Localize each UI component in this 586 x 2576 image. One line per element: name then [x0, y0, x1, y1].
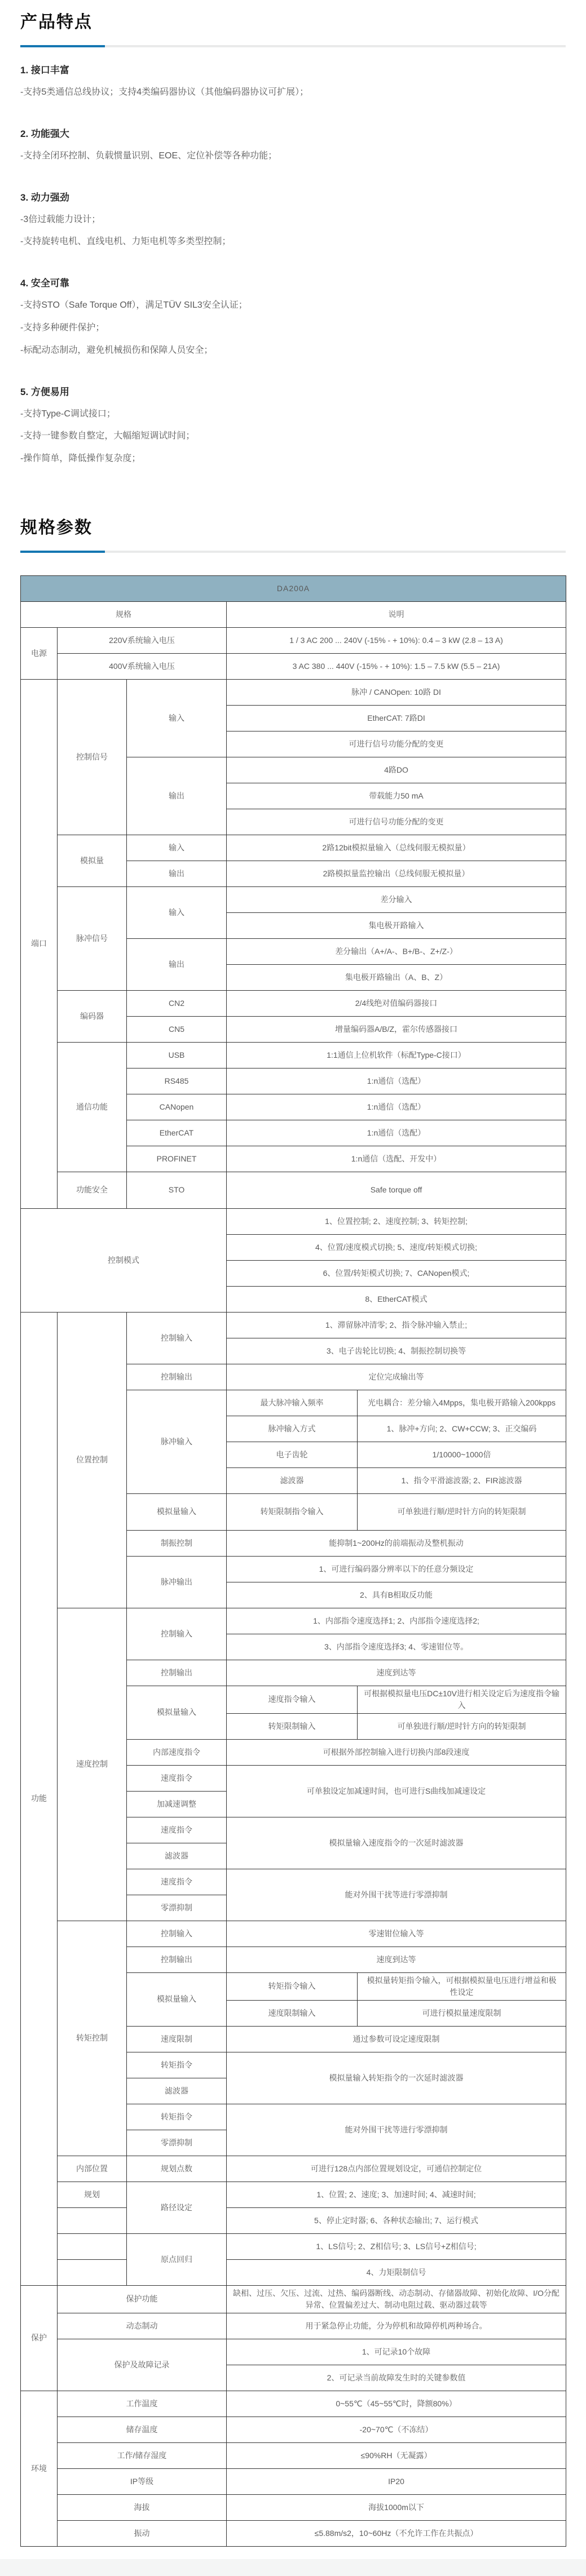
table-cell: 脉冲输入	[127, 1390, 227, 1493]
table-cell: 输入	[127, 679, 227, 757]
table-cell: 差分输入	[227, 886, 566, 912]
table-cell: 模拟量转矩指令输入，可根据模拟量电压进行增益和极性设定	[358, 1972, 566, 2000]
features-title-divider	[20, 45, 566, 47]
table-cell: 可进行模拟量速度限制	[358, 2000, 566, 2026]
table-cell: 速度指令输入	[227, 1686, 358, 1713]
table-cell: 滤波器	[227, 1467, 358, 1493]
table-cell: 速度指令	[127, 1817, 227, 1843]
table-cell: 定位完成输出等	[227, 1364, 566, 1390]
table-cell: 储存温度	[58, 2417, 227, 2442]
table-cell: 1 / 3 AC 200 ... 240V (-15% - + 10%): 0.…	[227, 627, 566, 653]
table-cell: 用于紧急停止功能，分为停机和故障停机两种场合。	[227, 2313, 566, 2339]
table-cell: 通信功能	[58, 1042, 127, 1172]
table-cell: 4路DO	[227, 757, 566, 783]
table-row: 5、停止定时器; 6、各种状态输出; 7、运行模式	[21, 2207, 566, 2233]
table-row: 编码器CN22/4线绝对值编码器接口	[21, 990, 566, 1016]
feature-line: -支持5类通信总线协议；支持4类编码器协议（其他编码器协议可扩展）；	[20, 87, 566, 99]
table-cell: USB	[127, 1042, 227, 1068]
table-cell: 原点回归	[127, 2233, 227, 2285]
table-cell: 带载能力50 mA	[227, 783, 566, 809]
table-cell: 保护	[21, 2285, 58, 2391]
feature-heading: 2. 功能强大	[20, 126, 566, 140]
table-cell: EtherCAT	[127, 1120, 227, 1146]
table-cell: 脉冲输入方式	[227, 1416, 358, 1442]
feature-heading: 3. 动力强劲	[20, 189, 566, 203]
feature-list: 1. 接口丰富-支持5类通信总线协议；支持4类编码器协议（其他编码器协议可扩展）…	[20, 62, 566, 465]
table-row: 功能位置控制控制输入1、滞留脉冲清零; 2、指令脉冲输入禁止;	[21, 1312, 566, 1338]
table-row: 工作/储存湿度≤90%RH（无凝露）	[21, 2442, 566, 2468]
feature-line: -操作简单，降低操作复杂度；	[20, 453, 566, 465]
table-cell: 电源	[21, 627, 58, 679]
table-cell: 模拟量输入	[127, 1972, 227, 2026]
table-cell: 1、指令平滑滤波器; 2、FIR滤波器	[358, 1467, 566, 1493]
table-cell: 可进行信号功能分配的变更	[227, 731, 566, 757]
table-cell: 端口	[21, 679, 58, 1208]
table-row: 储存温度-20~70℃（不冻结）	[21, 2417, 566, 2442]
feature-line: -标配动态制动，避免机械损伤和保障人员安全；	[20, 345, 566, 357]
table-cell: 通过参数可设定速度限制	[227, 2026, 566, 2052]
table-cell	[58, 2233, 127, 2259]
table-cell: 最大脉冲输入频率	[227, 1390, 358, 1416]
table-cell: 0~55℃（45~55℃时，降额80%）	[227, 2391, 566, 2417]
feature-line: -支持旋转电机、直线电机、力矩电机等多类型控制；	[20, 236, 566, 248]
table-cell: 1:1通信上位机软件（标配Type-C接口）	[227, 1042, 566, 1068]
table-cell: 转矩控制	[58, 1921, 127, 2156]
table-cell: CN5	[127, 1016, 227, 1042]
table-row: 电源220V系统输入电压1 / 3 AC 200 ... 240V (-15% …	[21, 627, 566, 653]
table-cell: Safe torque off	[227, 1172, 566, 1208]
table-row: 保护及故障记录1、可记录10个故障	[21, 2339, 566, 2365]
table-row: 速度控制控制输入1、内部指令速度选择1; 2、内部指令速度选择2;	[21, 1608, 566, 1634]
table-cell: 模拟量输入速度指令的一次延时滤波器	[227, 1817, 566, 1869]
table-cell: 1、位置; 2、速度; 3、加速时间; 4、减速时间;	[227, 2182, 566, 2207]
table-cell: CN2	[127, 990, 227, 1016]
specs-title-divider	[20, 551, 566, 553]
table-cell: 输入	[127, 886, 227, 938]
table-row: 海拔海拔1000m以下	[21, 2494, 566, 2520]
specs-section: 规格参数 DA200A 规格 说明 电源220V系统输入电压1 / 3 AC 2…	[20, 513, 566, 2547]
table-row: 振动≤5.88m/s2，10~60Hz（不允许工作在共振点）	[21, 2520, 566, 2546]
table-cell: 控制输出	[127, 1947, 227, 1972]
table-row: 原点回归1、LS信号; 2、Z相信号; 3、LS信号+Z相信号;	[21, 2233, 566, 2259]
table-row: 功能安全STOSafe torque off	[21, 1172, 566, 1208]
table-cell: 输出	[127, 861, 227, 886]
table-cell: 内部位置	[58, 2156, 127, 2182]
col-header-desc: 说明	[227, 601, 566, 627]
table-cell: 2路模拟量监控输出（总线伺服无模拟量）	[227, 861, 566, 886]
table-cell: 集电极开路输出（A、B、Z）	[227, 964, 566, 990]
table-row: 模拟量输入2路12bit模拟量输入（总线伺服无模拟量）	[21, 835, 566, 861]
table-row: 环境工作温度0~55℃（45~55℃时，降额80%）	[21, 2391, 566, 2417]
table-row: 规划路径设定1、位置; 2、速度; 3、加速时间; 4、减速时间;	[21, 2182, 566, 2207]
col-header-spec: 规格	[21, 601, 227, 627]
table-cell: 脉冲信号	[58, 886, 127, 990]
table-cell: 增量编码器A/B/Z，霍尔传感器接口	[227, 1016, 566, 1042]
table-cell: 转矩指令	[127, 2104, 227, 2130]
table-cell: 工作温度	[58, 2391, 227, 2417]
table-row-model: DA200A	[21, 575, 566, 601]
page-content: 产品特点 1. 接口丰富-支持5类通信总线协议；支持4类编码器协议（其他编码器协…	[20, 0, 566, 2547]
table-cell: ≤90%RH（无凝露）	[227, 2442, 566, 2468]
spec-table: DA200A 规格 说明 电源220V系统输入电压1 / 3 AC 200 ..…	[20, 575, 566, 2547]
table-cell: 能对外围干扰等进行零漂抑制	[227, 1869, 566, 1921]
model-header: DA200A	[21, 575, 566, 601]
table-cell: 加减速调整	[127, 1791, 227, 1817]
table-cell: 4、位置/速度模式切换; 5、速度/转矩模式切换;	[227, 1234, 566, 1260]
table-cell: IP等级	[58, 2468, 227, 2494]
table-cell: 3、内部指令速度选择3; 4、零速钳位等。	[227, 1634, 566, 1660]
table-cell: PROFINET	[127, 1146, 227, 1172]
table-cell: 5、停止定时器; 6、各种状态输出; 7、运行模式	[227, 2207, 566, 2233]
table-row: 内部位置规划点数可进行128点内部位置规划设定，可通信控制定位	[21, 2156, 566, 2182]
table-cell: IP20	[227, 2468, 566, 2494]
table-row: 400V系统输入电压3 AC 380 ... 440V (-15% - + 10…	[21, 653, 566, 679]
table-cell: 模拟量输入	[127, 1686, 227, 1739]
table-cell: 速度指令	[127, 1869, 227, 1895]
table-cell: 功能	[21, 1312, 58, 2285]
footer-strip	[0, 2559, 586, 2576]
table-cell: 控制模式	[21, 1208, 227, 1312]
table-cell: 转矩指令输入	[227, 1972, 358, 2000]
table-cell: 编码器	[58, 990, 127, 1042]
table-cell: 可单独进行顺/逆时针方向的转矩限制	[358, 1493, 566, 1530]
table-cell: 2路12bit模拟量输入（总线伺服无模拟量）	[227, 835, 566, 861]
table-row: 转矩控制控制输入零速钳位输入等	[21, 1921, 566, 1947]
table-cell: 动态制动	[58, 2313, 227, 2339]
table-cell: 环境	[21, 2391, 58, 2546]
table-cell: 模拟量	[58, 835, 127, 886]
table-row: 通信功能USB1:1通信上位机软件（标配Type-C接口）	[21, 1042, 566, 1068]
table-cell: 内部速度指令	[127, 1739, 227, 1765]
feature-line: -支持全闭环控制、负载惯量识别、EOE、定位补偿等各种功能；	[20, 150, 566, 162]
table-cell: 1、内部指令速度选择1; 2、内部指令速度选择2;	[227, 1608, 566, 1634]
table-cell	[58, 2259, 127, 2285]
features-title: 产品特点	[20, 8, 566, 33]
table-cell: 1、位置控制; 2、速度控制; 3、转矩控制;	[227, 1208, 566, 1234]
table-cell: 速度到达等	[227, 1947, 566, 1972]
table-cell: 1、滞留脉冲清零; 2、指令脉冲输入禁止;	[227, 1312, 566, 1338]
table-row: 动态制动用于紧急停止功能，分为停机和故障停机两种场合。	[21, 2313, 566, 2339]
table-cell: 可进行128点内部位置规划设定，可通信控制定位	[227, 2156, 566, 2182]
table-cell: 保护及故障记录	[58, 2339, 227, 2391]
table-cell: 脉冲输出	[127, 1556, 227, 1608]
table-cell: 速度指令	[127, 1765, 227, 1791]
table-cell: 1:n通信（选配）	[227, 1068, 566, 1094]
table-cell: STO	[127, 1172, 227, 1208]
table-cell: 速度限制	[127, 2026, 227, 2052]
table-cell: 转矩指令	[127, 2052, 227, 2078]
table-cell: RS485	[127, 1068, 227, 1094]
table-cell: 滤波器	[127, 1843, 227, 1869]
table-cell: 输出	[127, 938, 227, 990]
table-cell: 海拔	[58, 2494, 227, 2520]
table-cell: 集电极开路输入	[227, 912, 566, 938]
table-cell: 可根据外部控制输入进行切换内部8段速度	[227, 1739, 566, 1765]
table-cell: 6、位置/转矩模式切换; 7、CANopen模式;	[227, 1260, 566, 1286]
table-cell: 4、力矩限制信号	[227, 2259, 566, 2285]
table-cell: 3、电子齿轮比切换; 4、制振控制切换等	[227, 1338, 566, 1364]
table-cell: 速度到达等	[227, 1660, 566, 1686]
features-title-divider-accent	[20, 45, 105, 47]
table-cell: 模拟量输入	[127, 1493, 227, 1530]
table-cell: 1/10000~1000倍	[358, 1442, 566, 1467]
table-cell: 控制输出	[127, 1660, 227, 1686]
feature-line: -支持STO（Safe Torque Off），满足TÜV SIL3安全认证；	[20, 300, 566, 312]
table-cell: 功能安全	[58, 1172, 127, 1208]
feature-line: -3倍过载能力设计；	[20, 214, 566, 226]
table-cell: 转矩限制输入	[227, 1713, 358, 1739]
table-cell: 1:n通信（选配、开发中）	[227, 1146, 566, 1172]
table-cell: 规划	[58, 2182, 127, 2207]
table-cell: 控制信号	[58, 679, 127, 835]
table-cell: 保护功能	[58, 2285, 227, 2313]
table-cell: 输入	[127, 835, 227, 861]
table-cell: 控制输出	[127, 1364, 227, 1390]
table-cell: EtherCAT: 7路DI	[227, 705, 566, 731]
table-cell: 速度限制输入	[227, 2000, 358, 2026]
table-cell: 400V系统输入电压	[58, 653, 227, 679]
feature-heading: 5. 方便易用	[20, 384, 566, 398]
table-cell: 1、脉冲+方向; 2、CW+CCW; 3、正交编码	[358, 1416, 566, 1442]
table-cell: 模拟量输入转矩指令的一次延时滤波器	[227, 2052, 566, 2104]
table-cell: 输出	[127, 757, 227, 835]
table-cell: 220V系统输入电压	[58, 627, 227, 653]
table-cell: 能对外围干扰等进行零漂抑制	[227, 2104, 566, 2156]
table-cell: 振动	[58, 2520, 227, 2546]
table-cell: 转矩限制指令输入	[227, 1493, 358, 1530]
table-cell: 电子齿轮	[227, 1442, 358, 1467]
table-row: 端口控制信号输入脉冲 / CANOpen: 10路 DI	[21, 679, 566, 705]
table-row: IP等级IP20	[21, 2468, 566, 2494]
table-cell: 制振控制	[127, 1530, 227, 1556]
table-cell: 8、EtherCAT模式	[227, 1286, 566, 1312]
table-cell: 可单独进行顺/逆时针方向的转矩限制	[358, 1713, 566, 1739]
table-cell: 脉冲 / CANOpen: 10路 DI	[227, 679, 566, 705]
table-cell: 滤波器	[127, 2078, 227, 2104]
table-cell: 可单独设定加减速时间，也可进行S曲线加减速设定	[227, 1765, 566, 1817]
table-cell: 2、具有B相取反功能	[227, 1582, 566, 1608]
table-cell: 2、可记录当前故障发生时的关键参数值	[227, 2365, 566, 2391]
table-cell	[58, 2207, 127, 2233]
feature-line: -支持多种硬件保护；	[20, 322, 566, 334]
table-cell: 能抑制1~200Hz的前端振动及整机振动	[227, 1530, 566, 1556]
specs-title: 规格参数	[20, 513, 566, 538]
table-cell: 光电耦合：差分输入4Mpps，集电极开路输入200kpps	[358, 1390, 566, 1416]
table-cell: 规划点数	[127, 2156, 227, 2182]
table-cell: 海拔1000m以下	[227, 2494, 566, 2520]
table-row-column-headers: 规格 说明	[21, 601, 566, 627]
table-cell: CANopen	[127, 1094, 227, 1120]
table-cell: ≤5.88m/s2，10~60Hz（不允许工作在共振点）	[227, 2520, 566, 2546]
table-cell: 1、可记录10个故障	[227, 2339, 566, 2365]
table-cell: 速度控制	[58, 1608, 127, 1921]
table-cell: 缺相、过压、欠压、过流、过热、编码器断线、动态制动、存储器故障、初始化故障、I/…	[227, 2285, 566, 2313]
table-cell: 可进行信号功能分配的变更	[227, 809, 566, 835]
feature-heading: 1. 接口丰富	[20, 62, 566, 76]
specs-title-divider-accent	[20, 551, 105, 553]
table-cell: 路径设定	[127, 2182, 227, 2233]
table-cell: 可根据模拟量电压DC±10V进行相关设定后为速度指令输入	[358, 1686, 566, 1713]
table-row: 4、力矩限制信号	[21, 2259, 566, 2285]
table-cell: 1:n通信（选配）	[227, 1094, 566, 1120]
feature-line: -支持Type-C调试接口；	[20, 409, 566, 420]
feature-heading: 4. 安全可靠	[20, 275, 566, 289]
table-cell: 1、可进行编码器分辨率以下的任意分频设定	[227, 1556, 566, 1582]
table-cell: 位置控制	[58, 1312, 127, 1608]
table-row: 保护保护功能缺相、过压、欠压、过流、过热、编码器断线、动态制动、存储器故障、初始…	[21, 2285, 566, 2313]
feature-line: -支持一键参数自整定，大幅缩短调试时间；	[20, 431, 566, 442]
table-cell: 控制输入	[127, 1312, 227, 1364]
table-cell: 零速钳位输入等	[227, 1921, 566, 1947]
table-cell: 零漂抑制	[127, 2130, 227, 2156]
table-cell: 工作/储存湿度	[58, 2442, 227, 2468]
spec-table-body: 电源220V系统输入电压1 / 3 AC 200 ... 240V (-15% …	[21, 627, 566, 2546]
table-cell: 零漂抑制	[127, 1895, 227, 1921]
table-row: 控制模式1、位置控制; 2、速度控制; 3、转矩控制;	[21, 1208, 566, 1234]
table-cell: 1、LS信号; 2、Z相信号; 3、LS信号+Z相信号;	[227, 2233, 566, 2259]
table-cell: 1:n通信（选配）	[227, 1120, 566, 1146]
table-cell: 差分输出（A+/A-、B+/B-、Z+/Z-）	[227, 938, 566, 964]
table-cell: 控制输入	[127, 1921, 227, 1947]
table-cell: 控制输入	[127, 1608, 227, 1660]
table-cell: -20~70℃（不冻结）	[227, 2417, 566, 2442]
table-cell: 3 AC 380 ... 440V (-15% - + 10%): 1.5 – …	[227, 653, 566, 679]
table-cell: 2/4线绝对值编码器接口	[227, 990, 566, 1016]
table-row: 脉冲信号输入差分输入	[21, 886, 566, 912]
